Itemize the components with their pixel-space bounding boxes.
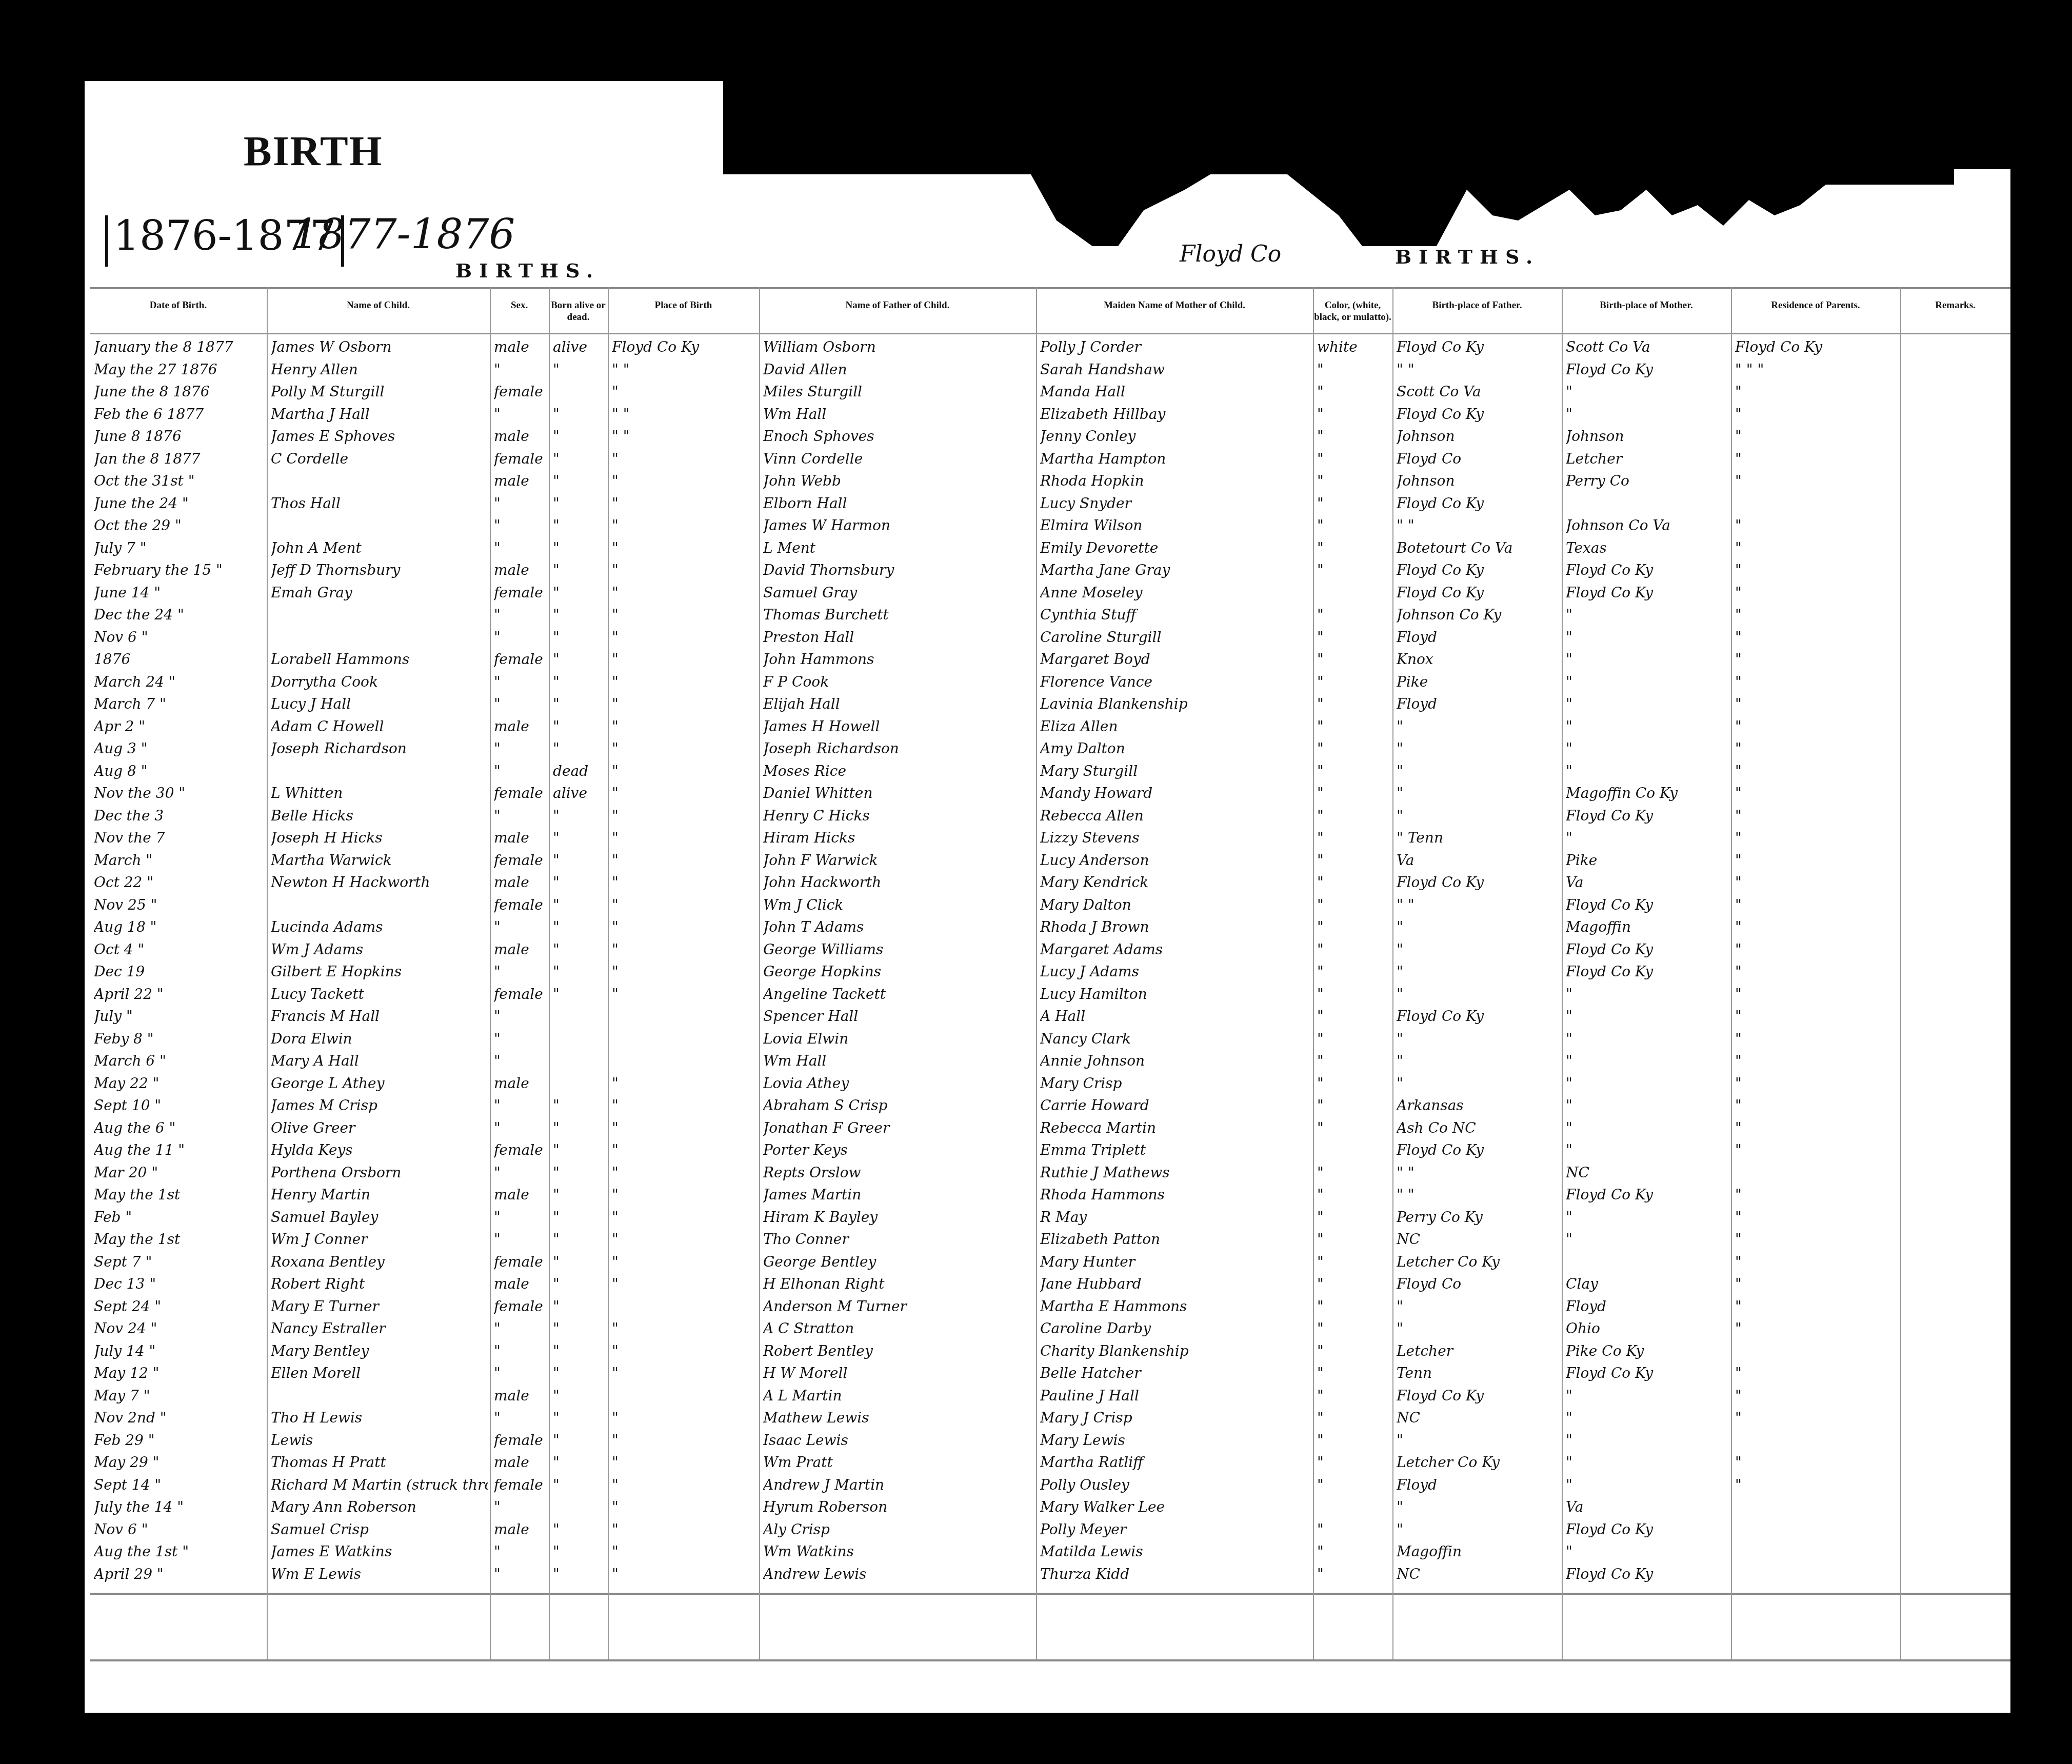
table-cell-child: Jeff D Thornsbury — [271, 562, 488, 578]
table-cell-date: Sept 10 " — [94, 1097, 265, 1114]
table-cell-color: " — [1317, 517, 1390, 534]
table-cell-mother-bp: Johnson — [1566, 428, 1729, 445]
table-cell-mother: Polly Meyer — [1040, 1521, 1311, 1538]
table-cell-color: " — [1317, 852, 1390, 869]
table-cell-alive: " — [553, 695, 606, 712]
table-cell-mother-bp: " — [1566, 740, 1729, 757]
table-cell-color: " — [1317, 1432, 1390, 1449]
table-cell-alive: " — [553, 1521, 606, 1538]
table-cell-father: Tho Conner — [763, 1231, 1034, 1248]
table-cell-alive: " — [553, 874, 606, 891]
table-cell-color: " — [1317, 562, 1390, 578]
column-divider — [490, 287, 491, 1659]
table-cell-sex: female — [494, 785, 547, 801]
table-cell-father: Wm Watkins — [763, 1543, 1034, 1560]
table-cell-mother: Caroline Sturgill — [1040, 629, 1311, 646]
table-cell-residence: " — [1735, 606, 1898, 623]
column-header: Maiden Name of Mother of Child. — [1036, 300, 1313, 312]
table-cell-color: " — [1317, 1097, 1390, 1114]
table-cell-father-bp: Letcher Co Ky — [1397, 1253, 1560, 1270]
table-cell-child: Lucy Tackett — [271, 986, 488, 1003]
table-cell-father: Porter Keys — [763, 1141, 1034, 1158]
table-cell-place: " — [612, 1365, 757, 1381]
table-cell-date: Dec 13 " — [94, 1275, 265, 1292]
table-cell-father: John Hackworth — [763, 874, 1034, 891]
table-cell-mother: Elizabeth Hillbay — [1040, 406, 1311, 423]
table-cell-residence: " — [1735, 1141, 1898, 1158]
table-cell-father-bp: " — [1397, 718, 1560, 735]
table-cell-color: " — [1317, 1164, 1390, 1181]
table-cell-date: June the 8 1876 — [94, 383, 265, 400]
table-cell-sex: " — [494, 1409, 547, 1426]
column-divider — [1313, 287, 1314, 1659]
table-cell-color: " — [1317, 383, 1390, 400]
table-cell-father-bp: " — [1397, 1498, 1560, 1515]
table-cell-place: " — [612, 1543, 757, 1560]
table-cell-child: Lucy J Hall — [271, 695, 488, 712]
table-cell-place: " — [612, 1075, 757, 1092]
table-cell-sex: " — [494, 963, 547, 980]
table-cell-mother-bp: Floyd Co Ky — [1566, 1365, 1729, 1381]
table-cell-color: " — [1317, 651, 1390, 668]
table-cell-mother: Lucy Hamilton — [1040, 986, 1311, 1003]
table-cell-mother: Lucy Anderson — [1040, 852, 1311, 869]
table-cell-child: Roxana Bentley — [271, 1253, 488, 1270]
table-cell-mother: Mary Sturgill — [1040, 763, 1311, 779]
table-cell-sex: female — [494, 1476, 547, 1493]
table-cell-mother: Charity Blankenship — [1040, 1342, 1311, 1359]
table-cell-father-bp: Ash Co NC — [1397, 1119, 1560, 1136]
table-cell-mother: Emily Devorette — [1040, 539, 1311, 556]
table-cell-residence: " — [1735, 1119, 1898, 1136]
table-cell-child: Thomas H Pratt — [271, 1454, 488, 1471]
table-cell-color: " — [1317, 361, 1390, 378]
table-cell-mother: Emma Triplett — [1040, 1141, 1311, 1158]
table-cell-sex: male — [494, 1075, 547, 1092]
table-cell-color: " — [1317, 1075, 1390, 1092]
table-cell-father: Wm Hall — [763, 1052, 1034, 1069]
table-cell-sex: " — [494, 517, 547, 534]
table-cell-mother-bp: Floyd Co Ky — [1566, 807, 1729, 824]
table-cell-color: " — [1317, 428, 1390, 445]
table-cell-sex: " — [494, 763, 547, 779]
table-cell-father: Andrew J Martin — [763, 1476, 1034, 1493]
table-cell-residence: " — [1735, 1231, 1898, 1248]
table-cell-date: January the 8 1877 — [94, 338, 265, 355]
table-cell-mother-bp: Floyd Co Ky — [1566, 562, 1729, 578]
table-cell-child: Thos Hall — [271, 495, 488, 512]
table-cell-place: " " — [612, 428, 757, 445]
table-cell-mother: Mary Walker Lee — [1040, 1498, 1311, 1515]
table-cell-father: Preston Hall — [763, 629, 1034, 646]
table-cell-mother-bp: " — [1566, 1476, 1729, 1493]
table-cell-color: " — [1317, 829, 1390, 846]
table-cell-mother-bp: Floyd Co Ky — [1566, 361, 1729, 378]
table-cell-residence: " — [1735, 1320, 1898, 1337]
table-cell-mother-bp: Pike Co Ky — [1566, 1342, 1729, 1359]
table-cell-father: Samuel Gray — [763, 584, 1034, 601]
table-cell-residence: " — [1735, 963, 1898, 980]
table-cell-color: " — [1317, 740, 1390, 757]
table-cell-child: Hylda Keys — [271, 1141, 488, 1158]
column-header: Date of Birth. — [90, 300, 267, 312]
table-cell-color: " — [1317, 1186, 1390, 1203]
table-cell-residence: " — [1735, 651, 1898, 668]
table-cell-place: " — [612, 1119, 757, 1136]
column-divider — [759, 287, 760, 1659]
table-cell-father-bp: " " — [1397, 1186, 1560, 1203]
table-cell-father: George Bentley — [763, 1253, 1034, 1270]
table-cell-alive: " — [553, 472, 606, 489]
table-cell-date: June 8 1876 — [94, 428, 265, 445]
table-cell-sex: female — [494, 1253, 547, 1270]
table-cell-place: Floyd Co Ky — [612, 338, 757, 355]
column-header: Residence of Parents. — [1731, 300, 1900, 312]
table-cell-mother: Matilda Lewis — [1040, 1543, 1311, 1560]
table-cell-father: H W Morell — [763, 1365, 1034, 1381]
table-cell-sex: male — [494, 428, 547, 445]
table-cell-father-bp: " Tenn — [1397, 829, 1560, 846]
table-cell-place: " — [612, 852, 757, 869]
table-cell-child: George L Athey — [271, 1075, 488, 1092]
table-cell-sex: female — [494, 1298, 547, 1315]
table-cell-child: Wm J Adams — [271, 941, 488, 958]
table-cell-color: " — [1317, 695, 1390, 712]
table-cell-residence: " — [1735, 695, 1898, 712]
table-cell-child: Belle Hicks — [271, 807, 488, 824]
table-cell-child: Adam C Howell — [271, 718, 488, 735]
table-cell-mother: Annie Johnson — [1040, 1052, 1311, 1069]
table-cell-father: H Elhonan Right — [763, 1275, 1034, 1292]
table-cell-color: " — [1317, 1030, 1390, 1047]
table-cell-father: Wm J Click — [763, 896, 1034, 913]
table-cell-color: " — [1317, 1521, 1390, 1538]
table-cell-father: Hyrum Roberson — [763, 1498, 1034, 1515]
table-cell-father: Hiram Hicks — [763, 829, 1034, 846]
table-cell-father-bp: Johnson — [1397, 472, 1560, 489]
table-cell-alive: alive — [553, 785, 606, 801]
table-cell-sex: " — [494, 1543, 547, 1560]
table-cell-color: " — [1317, 1409, 1390, 1426]
table-cell-alive: " — [553, 1097, 606, 1114]
table-cell-place: " — [612, 986, 757, 1003]
table-cell-place: " — [612, 1164, 757, 1181]
table-cell-mother-bp: " — [1566, 1454, 1729, 1471]
table-cell-mother: Caroline Darby — [1040, 1320, 1311, 1337]
births-heading-right: BIRTHS. — [1395, 245, 1540, 268]
table-cell-alive: dead — [553, 763, 606, 779]
table-cell-father-bp: Floyd Co Ky — [1397, 338, 1560, 355]
table-cell-mother: Manda Hall — [1040, 383, 1311, 400]
table-cell-mother-bp: Floyd Co Ky — [1566, 584, 1729, 601]
table-cell-father: Vinn Cordelle — [763, 450, 1034, 467]
table-cell-alive: " — [553, 918, 606, 935]
table-cell-sex: female — [494, 651, 547, 668]
table-cell-mother-bp: " — [1566, 1432, 1729, 1449]
table-cell-father: A L Martin — [763, 1387, 1034, 1404]
table-cell-alive: " — [553, 539, 606, 556]
table-cell-child: Samuel Crisp — [271, 1521, 488, 1538]
table-cell-alive: " — [553, 986, 606, 1003]
table-cell-child: Wm E Lewis — [271, 1566, 488, 1582]
table-cell-date: March 24 " — [94, 673, 265, 690]
table-cell-mother: Martha E Hammons — [1040, 1298, 1311, 1315]
table-cell-sex: " — [494, 606, 547, 623]
table-cell-mother: Margaret Adams — [1040, 941, 1311, 958]
table-cell-mother: Cynthia Stuff — [1040, 606, 1311, 623]
table-cell-mother: Rhoda J Brown — [1040, 918, 1311, 935]
table-cell-place: " — [612, 1231, 757, 1248]
table-cell-place: " — [612, 1320, 757, 1337]
table-cell-mother-bp: " — [1566, 1030, 1729, 1047]
table-cell-mother: Martha Hampton — [1040, 450, 1311, 467]
table-cell-father: Daniel Whitten — [763, 785, 1034, 801]
table-cell-mother-bp: Perry Co — [1566, 472, 1729, 489]
table-cell-mother: Lucy Snyder — [1040, 495, 1311, 512]
table-cell-father: Anderson M Turner — [763, 1298, 1034, 1315]
table-cell-residence: " — [1735, 1052, 1898, 1069]
table-cell-date: April 29 " — [94, 1566, 265, 1582]
table-cell-date: March 6 " — [94, 1052, 265, 1069]
table-cell-mother: Lucy J Adams — [1040, 963, 1311, 980]
table-cell-residence: " — [1735, 1008, 1898, 1025]
table-cell-alive: " — [553, 852, 606, 869]
table-cell-residence: " — [1735, 829, 1898, 846]
table-cell-father-bp: " — [1397, 807, 1560, 824]
table-cell-date: 1876 — [94, 651, 265, 668]
table-cell-residence: " — [1735, 1186, 1898, 1203]
table-cell-child: Mary Bentley — [271, 1342, 488, 1359]
table-cell-sex: " — [494, 406, 547, 423]
table-cell-mother-bp: " — [1566, 673, 1729, 690]
table-cell-date: Aug the 6 " — [94, 1119, 265, 1136]
table-cell-father-bp: NC — [1397, 1566, 1560, 1582]
table-cell-father-bp: " " — [1397, 1164, 1560, 1181]
year-range-alt: 1877-1876 — [292, 210, 515, 258]
table-cell-date: Feb the 6 1877 — [94, 406, 265, 423]
table-cell-date: Nov 6 " — [94, 1521, 265, 1538]
table-cell-father-bp: Botetourt Co Va — [1397, 539, 1560, 556]
table-cell-residence: " — [1735, 450, 1898, 467]
table-cell-mother: Anne Moseley — [1040, 584, 1311, 601]
table-cell-father-bp: Floyd Co Ky — [1397, 584, 1560, 601]
table-cell-date: June 14 " — [94, 584, 265, 601]
table-cell-father: John F Warwick — [763, 852, 1034, 869]
table-cell-sex: " — [494, 1566, 547, 1582]
table-cell-date: April 22 " — [94, 986, 265, 1003]
table-cell-father-bp: " — [1397, 986, 1560, 1003]
table-cell-date: Aug the 1st " — [94, 1543, 265, 1560]
table-cell-father-bp: Tenn — [1397, 1365, 1560, 1381]
table-cell-child: Joseph Richardson — [271, 740, 488, 757]
table-cell-place: " — [612, 896, 757, 913]
table-cell-mother-bp: Scott Co Va — [1566, 338, 1729, 355]
table-cell-child: Francis M Hall — [271, 1008, 488, 1025]
table-cell-father: Abraham S Crisp — [763, 1097, 1034, 1114]
table-cell-child: Olive Greer — [271, 1119, 488, 1136]
table-cell-mother-bp: " — [1566, 1409, 1729, 1426]
table-cell-father: George Hopkins — [763, 963, 1034, 980]
table-cell-alive: " — [553, 584, 606, 601]
table-cell-child: Martha J Hall — [271, 406, 488, 423]
table-cell-color: " — [1317, 1119, 1390, 1136]
table-footer-rule — [90, 1659, 2010, 1661]
table-cell-place: " — [612, 1275, 757, 1292]
table-cell-sex: " — [494, 1209, 547, 1226]
table-cell-father-bp: " — [1397, 941, 1560, 958]
table-cell-place: " — [612, 740, 757, 757]
table-cell-residence: Floyd Co Ky — [1735, 338, 1898, 355]
table-cell-sex: male — [494, 1186, 547, 1203]
table-cell-color: " — [1317, 606, 1390, 623]
table-cell-sex: male — [494, 941, 547, 958]
table-cell-sex: " — [494, 918, 547, 935]
table-cell-mother-bp: Va — [1566, 1498, 1729, 1515]
table-cell-mother: Martha Ratliff — [1040, 1454, 1311, 1471]
table-cell-child: Polly M Sturgill — [271, 383, 488, 400]
table-cell-alive: " — [553, 1186, 606, 1203]
table-cell-alive: " — [553, 1476, 606, 1493]
table-cell-alive: " — [553, 517, 606, 534]
table-cell-father-bp: " " — [1397, 517, 1560, 534]
table-cell-father: Mathew Lewis — [763, 1409, 1034, 1426]
table-cell-father-bp: Floyd Co Ky — [1397, 495, 1560, 512]
table-cell-father: A C Stratton — [763, 1320, 1034, 1337]
table-cell-date: Nov the 30 " — [94, 785, 265, 801]
table-cell-alive: " — [553, 1298, 606, 1315]
table-cell-child: Tho H Lewis — [271, 1409, 488, 1426]
table-cell-place: " " — [612, 406, 757, 423]
table-cell-child: Henry Allen — [271, 361, 488, 378]
table-cell-sex: male — [494, 874, 547, 891]
table-cell-father: Elijah Hall — [763, 695, 1034, 712]
table-cell-residence: " — [1735, 1409, 1898, 1426]
table-cell-residence: " — [1735, 941, 1898, 958]
table-cell-place: " — [612, 1141, 757, 1158]
table-cell-color: " — [1317, 1209, 1390, 1226]
table-cell-place: " — [612, 1186, 757, 1203]
table-cell-father: Henry C Hicks — [763, 807, 1034, 824]
table-cell-child: C Cordelle — [271, 450, 488, 467]
table-cell-color: " — [1317, 673, 1390, 690]
table-cell-place: " — [612, 807, 757, 824]
table-cell-mother: Nancy Clark — [1040, 1030, 1311, 1047]
table-cell-place: " — [612, 718, 757, 735]
table-cell-date: Feb 29 " — [94, 1432, 265, 1449]
table-cell-mother-bp: Clay — [1566, 1275, 1729, 1292]
column-divider — [1036, 287, 1037, 1659]
table-cell-sex: " — [494, 1231, 547, 1248]
table-cell-color: " — [1317, 539, 1390, 556]
table-cell-color: " — [1317, 1008, 1390, 1025]
table-cell-mother-bp: Floyd Co Ky — [1566, 963, 1729, 980]
table-cell-date: Oct 4 " — [94, 941, 265, 958]
table-cell-residence: " — [1735, 1387, 1898, 1404]
table-cell-child: James E Sphoves — [271, 428, 488, 445]
table-cell-mother: Rebecca Martin — [1040, 1119, 1311, 1136]
table-cell-mother: Mary Crisp — [1040, 1075, 1311, 1092]
table-cell-date: Aug 8 " — [94, 763, 265, 779]
table-cell-mother-bp: Va — [1566, 874, 1729, 891]
table-cell-sex: " — [494, 807, 547, 824]
column-divider — [1392, 287, 1393, 1659]
table-cell-place: " — [612, 1409, 757, 1426]
table-cell-father: Spencer Hall — [763, 1008, 1034, 1025]
table-cell-residence: " — [1735, 918, 1898, 935]
table-cell-child: Wm J Conner — [271, 1231, 488, 1248]
table-cell-place: " — [612, 1342, 757, 1359]
table-cell-mother-bp: Letcher — [1566, 450, 1729, 467]
table-cell-place: " — [612, 1209, 757, 1226]
table-cell-mother: Elizabeth Patton — [1040, 1231, 1311, 1248]
table-cell-date: June the 24 " — [94, 495, 265, 512]
table-cell-residence: " — [1735, 763, 1898, 779]
table-cell-child: Lewis — [271, 1432, 488, 1449]
table-cell-alive: " — [553, 1164, 606, 1181]
table-cell-mother-bp: Floyd Co Ky — [1566, 1186, 1729, 1203]
table-cell-father-bp: " — [1397, 763, 1560, 779]
table-cell-mother-bp: Floyd Co Ky — [1566, 1521, 1729, 1538]
table-cell-place: " " — [612, 361, 757, 378]
table-cell-mother: Mary J Crisp — [1040, 1409, 1311, 1426]
table-cell-father-bp: Floyd Co Ky — [1397, 1387, 1560, 1404]
table-cell-child: Joseph H Hicks — [271, 829, 488, 846]
table-cell-color: " — [1317, 1476, 1390, 1493]
county-note: Floyd Co — [1180, 241, 1281, 267]
table-cell-residence: " — [1735, 1454, 1898, 1471]
table-cell-mother-bp: " — [1566, 629, 1729, 646]
column-header: Name of Father of Child. — [759, 300, 1036, 312]
table-cell-mother: Polly Ousley — [1040, 1476, 1311, 1493]
table-cell-date: May 12 " — [94, 1365, 265, 1381]
column-divider — [549, 287, 550, 1659]
table-cell-mother-bp: " — [1566, 651, 1729, 668]
table-cell-sex: " — [494, 1164, 547, 1181]
table-cell-residence: " — [1735, 539, 1898, 556]
table-cell-alive: " — [553, 495, 606, 512]
table-cell-alive: " — [553, 562, 606, 578]
table-cell-date: July the 14 " — [94, 1498, 265, 1515]
column-header: Birth-place of Father. — [1392, 300, 1562, 312]
table-cell-color: " — [1317, 896, 1390, 913]
table-cell-residence: " — [1735, 517, 1898, 534]
table-cell-father: James H Howell — [763, 718, 1034, 735]
table-cell-alive: " — [553, 673, 606, 690]
table-cell-child: Dora Elwin — [271, 1030, 488, 1047]
table-cell-color: " — [1317, 1320, 1390, 1337]
table-cell-mother-bp: Floyd Co Ky — [1566, 1566, 1729, 1582]
table-cell-date: Mar 20 " — [94, 1164, 265, 1181]
table-cell-father: James Martin — [763, 1186, 1034, 1203]
table-cell-residence: " — [1735, 874, 1898, 891]
table-cell-sex: male — [494, 472, 547, 489]
table-cell-color: " — [1317, 1298, 1390, 1315]
table-cell-residence: " " " — [1735, 361, 1898, 378]
table-cell-mother-bp: Texas — [1566, 539, 1729, 556]
table-cell-mother: Rebecca Allen — [1040, 807, 1311, 824]
table-cell-place: " — [612, 472, 757, 489]
table-cell-residence: " — [1735, 673, 1898, 690]
table-cell-place: " — [612, 450, 757, 467]
table-cell-sex: " — [494, 1119, 547, 1136]
table-cell-place: " — [612, 1454, 757, 1471]
table-bottom-rule — [90, 1593, 2010, 1595]
column-header: Birth-place of Mother. — [1562, 300, 1731, 312]
table-cell-mother-bp: " — [1566, 1008, 1729, 1025]
table-cell-mother: Florence Vance — [1040, 673, 1311, 690]
table-cell-sex: male — [494, 718, 547, 735]
table-cell-father-bp: " — [1397, 1521, 1560, 1538]
